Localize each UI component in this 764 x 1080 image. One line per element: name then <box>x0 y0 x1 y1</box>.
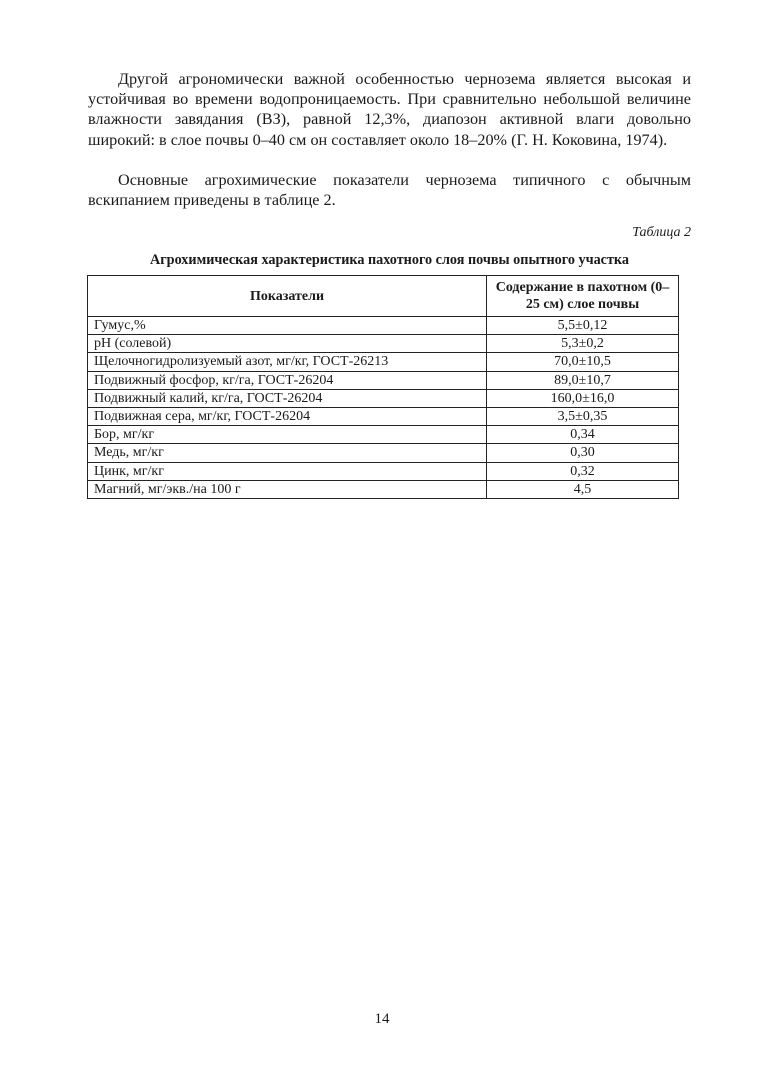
header-content: Содержание в пахотном (0–25 см) слое поч… <box>487 276 679 317</box>
value-cell: 70,0±10,5 <box>487 353 679 371</box>
paragraph-water-permeability: Другой агрономически важной особенностью… <box>88 69 691 150</box>
value-cell: 5,3±0,2 <box>487 335 679 353</box>
value-cell: 5,5±0,12 <box>487 317 679 335</box>
table-row: Подвижный калий, кг/га, ГОСТ-26204160,0±… <box>88 389 679 407</box>
table-row: Щелочногидролизуемый азот, мг/кг, ГОСТ-2… <box>88 353 679 371</box>
indicator-cell: Подвижный фосфор, кг/га, ГОСТ-26204 <box>88 371 487 389</box>
table-row: Магний, мг/экв./на 100 г4,5 <box>88 480 679 498</box>
table-label: Таблица 2 <box>632 225 691 241</box>
indicator-cell: Подвижный калий, кг/га, ГОСТ-26204 <box>88 389 487 407</box>
table-row: Подвижная сера, мг/кг, ГОСТ-262043,5±0,3… <box>88 407 679 425</box>
table-row: Медь, мг/кг0,30 <box>88 444 679 462</box>
table-row: Бор, мг/кг0,34 <box>88 426 679 444</box>
value-cell: 0,32 <box>487 462 679 480</box>
indicator-cell: Гумус,% <box>88 317 487 335</box>
table-header-row: Показатели Содержание в пахотном (0–25 с… <box>88 276 679 317</box>
value-cell: 160,0±16,0 <box>487 389 679 407</box>
table-row: Цинк, мг/кг0,32 <box>88 462 679 480</box>
value-cell: 4,5 <box>487 480 679 498</box>
value-cell: 89,0±10,7 <box>487 371 679 389</box>
value-cell: 0,34 <box>487 426 679 444</box>
indicator-cell: Магний, мг/экв./на 100 г <box>88 480 487 498</box>
paragraph-table-intro: Основные агрохимические показатели черно… <box>88 170 691 210</box>
page-number: 14 <box>0 1011 764 1028</box>
document-page: Другой агрономически важной особенностью… <box>0 0 764 1080</box>
agrochemical-table: Показатели Содержание в пахотном (0–25 с… <box>87 275 679 499</box>
indicator-cell: Медь, мг/кг <box>88 444 487 462</box>
indicator-cell: pH (солевой) <box>88 335 487 353</box>
table-title: Агрохимическая характеристика пахотного … <box>88 252 691 269</box>
value-cell: 0,30 <box>487 444 679 462</box>
value-cell: 3,5±0,35 <box>487 407 679 425</box>
indicator-cell: Бор, мг/кг <box>88 426 487 444</box>
table-row: pH (солевой)5,3±0,2 <box>88 335 679 353</box>
header-indicators: Показатели <box>88 276 487 317</box>
table-row: Подвижный фосфор, кг/га, ГОСТ-2620489,0±… <box>88 371 679 389</box>
table-row: Гумус,%5,5±0,12 <box>88 317 679 335</box>
indicator-cell: Подвижная сера, мг/кг, ГОСТ-26204 <box>88 407 487 425</box>
indicator-cell: Цинк, мг/кг <box>88 462 487 480</box>
indicator-cell: Щелочногидролизуемый азот, мг/кг, ГОСТ-2… <box>88 353 487 371</box>
